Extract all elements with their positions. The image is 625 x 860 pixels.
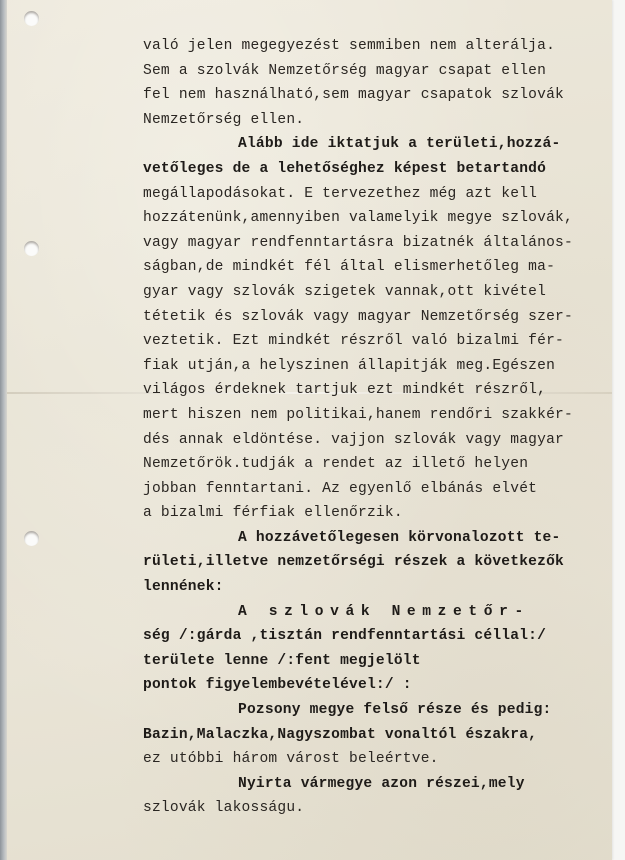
typewritten-text-body: való jelen megegyezést semmiben nem alte…: [143, 34, 603, 821]
text-line: világos érdeknek tartjuk ezt mindkét rés…: [143, 378, 603, 403]
text-line: rületi,illetve nemzetőrségi részek a köv…: [143, 550, 603, 575]
text-line: lennének:: [143, 575, 603, 600]
text-line: ságban,de mindkét fél által elismerhetől…: [143, 255, 603, 280]
text-line: mert hiszen nem politikai,hanem rendőri …: [143, 403, 603, 428]
text-line: Nemzetőrség ellen.: [143, 108, 603, 133]
text-line-paragraph-start: Alább ide iktatjuk a területi,hozzá-: [143, 132, 603, 157]
text-line: jobban fenntartani. Az egyenlő elbánás e…: [143, 477, 603, 502]
text-line: gyar vagy szlovák szigetek vannak,ott ki…: [143, 280, 603, 305]
text-line: dés annak eldöntése. vajjon szlovák vagy…: [143, 428, 603, 453]
text-line: tétetik és szlovák vagy magyar Nemzetőrs…: [143, 305, 603, 330]
text-line: szlovák lakosságu.: [143, 796, 603, 821]
text-line-paragraph-start: Pozsony megye felső része és pedig:: [143, 698, 603, 723]
text-line-paragraph-start: A hozzávetőlegesen körvonalozott te-: [143, 526, 603, 551]
text-line: ez utóbbi három várost beleértve.: [143, 747, 603, 772]
punch-hole-middle: [24, 241, 39, 256]
text-line-paragraph-start: Nyirta vármegye azon részei,mely: [143, 772, 603, 797]
text-line: fiak utján,a helyszinen állapitják meg.E…: [143, 354, 603, 379]
text-line: Bazin,Malaczka,Nagyszombat vonaltól észa…: [143, 723, 603, 748]
punch-hole-top: [24, 11, 39, 26]
text-line: vagy magyar rendfenntartásra bizatnék ál…: [143, 231, 603, 256]
text-line: Nemzetőrök.tudják a rendet az illető hel…: [143, 452, 603, 477]
punch-hole-bottom: [24, 531, 39, 546]
text-line: vetőleges de a lehetőséghez képest betar…: [143, 157, 603, 182]
text-line: területe lenne /:fent megjelölt: [143, 649, 603, 674]
text-line: ség /:gárda ,tisztán rendfenntartási cél…: [143, 624, 603, 649]
text-line-spaced-heading: A szlovák Nemzetőr-: [143, 600, 603, 625]
text-line: veztetik. Ezt mindkét részről való bizal…: [143, 329, 603, 354]
text-line: a bizalmi férfiak ellenőrzik.: [143, 501, 603, 526]
text-line: való jelen megegyezést semmiben nem alte…: [143, 34, 603, 59]
text-line: hozzátenünk,amennyiben valamelyik megye …: [143, 206, 603, 231]
text-line: fel nem használható,sem magyar csapatok …: [143, 83, 603, 108]
text-line: pontok figyelembevételével:/ :: [143, 673, 603, 698]
text-line: megállapodásokat. E tervezethez még azt …: [143, 182, 603, 207]
text-line: Sem a szolvák Nemzetőrség magyar csapat …: [143, 59, 603, 84]
binding-strip: [0, 0, 7, 860]
